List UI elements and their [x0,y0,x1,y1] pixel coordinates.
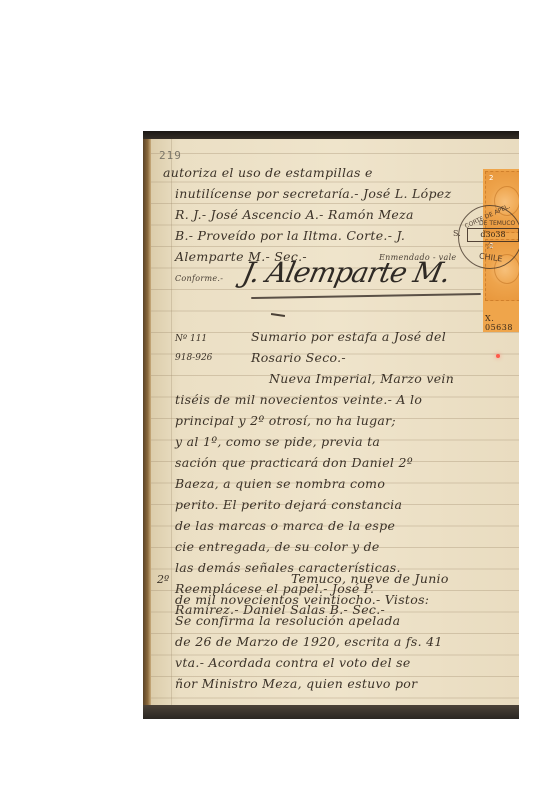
separator-dash [271,313,285,317]
stamp-value-icon: 2 [489,174,493,182]
postmark-date-box: d3o38 [467,228,519,242]
conforme-label: Conforme.- [175,274,223,283]
text-line: sación que practicará don Daniel 2º [175,455,413,470]
scan-bottom-shadow [143,705,519,719]
text-line: de 26 de Marzo de 1920, escrita a fs. 41 [175,634,443,649]
text-line: Nueva Imperial, Marzo vein [269,371,454,386]
text-line: perito. El perito dejará constancia [175,497,402,512]
stamp-serial-number: X. 05638 [485,314,519,332]
page-number: 219 [159,149,182,162]
text-line: autoriza el uso de estampillas e [163,165,373,180]
document-scan: 219 autoriza el uso de estampillas e inu… [143,131,519,719]
text-line: R. J.- José Ascencio A.- Ramón Meza [175,207,414,222]
entry-title: Rosario Seco.- [251,350,346,365]
text-line: tiséis de mil novecientos veinte.- A lo [175,392,422,407]
text-line: Se confirma la resolución apelada [175,613,400,628]
star-icon: ☆ [485,241,494,252]
red-light-dot [496,354,500,358]
text-line: inutilícense por secretaría.- José L. Ló… [175,186,451,201]
text-line: ñor Ministro Meza, quien estuvo por [175,676,417,691]
margin-rule [171,139,172,705]
signature-flourish [251,293,481,299]
margin-note-number: Nº 111 [175,334,207,344]
text-line: de mil novecientos veintiocho.- Vistos: [175,592,429,607]
text-line: y al 1º, como se pide, previa ta [175,434,380,449]
entry-title: Sumario por estafa a José del [251,329,446,344]
signature: J. Alemparte M. [239,256,452,289]
ledger-page: 219 autoriza el uso de estampillas e inu… [151,139,519,705]
postmark-city: DE TEMUCO [479,220,515,227]
text-line: cie entregada, de su color y de [175,539,380,554]
postmark-prefix: S. [453,229,461,238]
text-line: vta.- Acordada contra el voto del se [175,655,411,670]
margin-note-second: 2º [157,573,169,586]
text-line: Temuco, nueve de Junio [291,571,449,586]
postmark: S. CORTE DE APEL. DE TEMUCO d3o38 ☆ CHIL… [458,205,519,269]
text-line: B.- Proveído por la Iltma. Corte.- J. [175,228,405,243]
text-line: principal y 2º otrosí, no ha lugar; [175,413,396,428]
text-line: Baeza, a quien se nombra como [175,476,385,491]
postmark-country: CHILE [478,251,503,263]
margin-note-folios: 918-926 [175,353,212,363]
book-page-edge [143,139,151,705]
text-line: de las marcas o marca de la espe [175,518,395,533]
